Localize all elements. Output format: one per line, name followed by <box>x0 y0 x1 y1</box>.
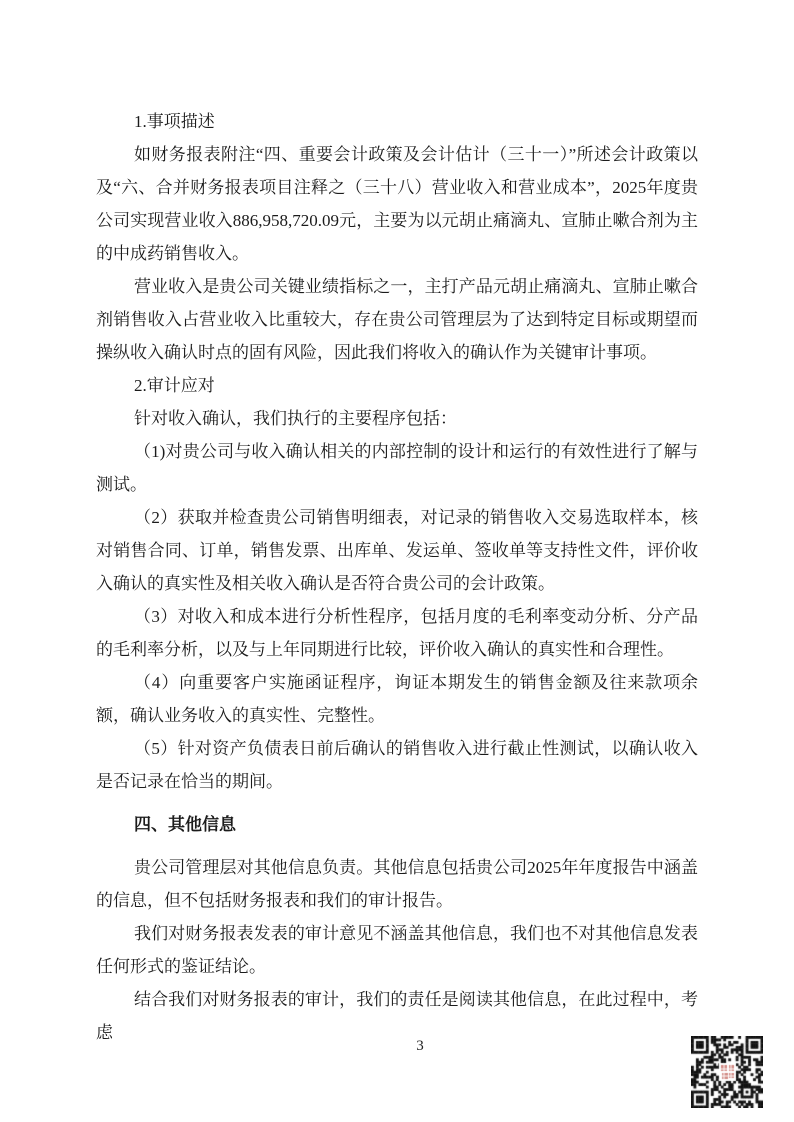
paragraph: 针对收入确认，我们执行的主要程序包括： <box>96 402 698 435</box>
section-label: 2.审计应对 <box>96 369 698 402</box>
list-item: （3）对收入和成本进行分析性程序，包括月度的毛利率变动分析、分产品的毛利率分析，… <box>96 600 698 666</box>
document-page: 1.事项描述 如财务报表附注“四、重要会计政策及会计估计（三十一）”所述会计政策… <box>0 0 794 1122</box>
list-item: （1)对贵公司与收入确认相关的内部控制的设计和运行的有效性进行了解与测试。 <box>96 435 698 501</box>
paragraph: 如财务报表附注“四、重要会计政策及会计估计（三十一）”所述会计政策以及“六、合并… <box>96 138 698 270</box>
list-item: （2）获取并检查贵公司销售明细表，对记录的销售收入交易选取样本，核对销售合同、订… <box>96 501 698 600</box>
list-item: （5）针对资产负债表日前后确认的销售收入进行截止性测试，以确认收入是否记录在恰当… <box>96 732 698 798</box>
paragraph: 营业收入是贵公司关键业绩指标之一，主打产品元胡止痛滴丸、宣肺止嗽合剂销售收入占营… <box>96 270 698 369</box>
list-item: （4）向重要客户实施函证程序，询证本期发生的销售金额及往来款项余额，确认业务收入… <box>96 666 698 732</box>
document-body: 1.事项描述 如财务报表附注“四、重要会计政策及会计估计（三十一）”所述会计政策… <box>96 105 698 1049</box>
paragraph: 我们对财务报表发表的审计意见不涵盖其他信息，我们也不对其他信息发表任何形式的鉴证… <box>96 917 698 983</box>
section-label: 1.事项描述 <box>96 105 698 138</box>
paragraph: 贵公司管理层对其他信息负责。其他信息包括贵公司2025年年度报告中涵盖的信息，但… <box>96 851 698 917</box>
page-number: 3 <box>390 1038 450 1055</box>
section-heading: 四、其他信息 <box>96 808 698 841</box>
qr-code-icon <box>691 1036 763 1108</box>
